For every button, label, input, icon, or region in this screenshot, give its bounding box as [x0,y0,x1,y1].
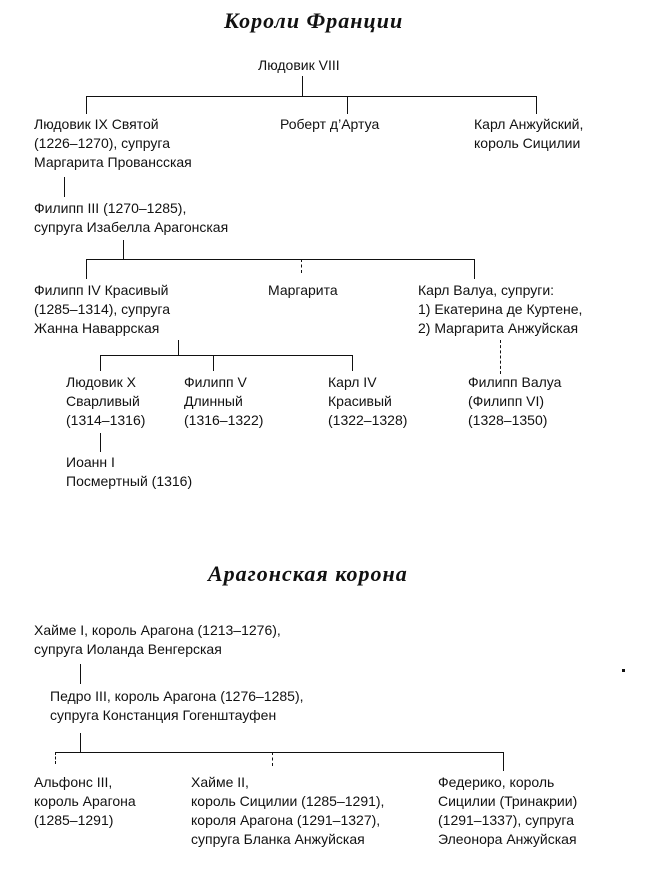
node-line: 2) Маргарита Анжуйская [418,319,582,338]
node-line: (1322–1328) [328,411,407,430]
node-line: (1328–1350) [468,411,561,430]
node-line: Сварливый [66,392,145,411]
node-line: (1314–1316) [66,411,145,430]
node-jaime2: Хайме II,король Сицилии (1285–1291),коро… [191,773,384,849]
node-philip5: Филипп VДлинный(1316–1322) [184,373,263,430]
node-john1: Иоанн IПосмертный (1316) [66,453,192,491]
connector [178,340,179,355]
connector [55,752,56,764]
node-philip3: Филипп III (1270–1285),супруга Изабелла … [34,199,228,237]
connector [474,259,475,279]
connector [272,752,273,766]
connector [100,355,352,356]
node-line: король Сицилии [474,134,583,153]
node-louis8: Людовик VIII [258,56,340,75]
node-line: супруга Бланка Анжуйская [191,830,384,849]
node-line: короля Арагона (1291–1327), [191,811,384,830]
connector [302,76,303,96]
node-line: Карл Анжуйский, [474,115,583,134]
node-charles4: Карл IVКрасивый(1322–1328) [328,373,407,430]
node-line: Посмертный (1316) [66,472,192,491]
connector [86,259,475,260]
node-line: Филипп Валуа [468,373,561,392]
node-charles-valois: Карл Валуа, супруги:1) Екатерина де Курт… [418,281,582,338]
node-line: Педро III, король Арагона (1276–1285), [50,687,304,706]
node-line: Карл IV [328,373,407,392]
node-line: король Арагона [34,792,136,811]
node-line: (1291–1337), супруга [438,811,577,830]
node-philip-valois: Филипп Валуа(Филипп VI)(1328–1350) [468,373,561,430]
node-line: Карл Валуа, супруги: [418,281,582,300]
node-line: Федерико, король [438,773,577,792]
node-line: Филипп IV Красивый [34,281,170,300]
connector [100,433,101,452]
connector [86,96,536,97]
aragon-title: Арагонская корона [208,561,408,587]
france-title: Короли Франции [224,8,403,34]
node-line: супруга Констанция Гогенштауфен [50,706,304,725]
node-line: Жанна Наваррская [34,319,170,338]
connector [64,177,65,197]
node-line: Маргарита Провансская [34,153,192,172]
connector [80,733,81,752]
connector [536,96,537,114]
connector [500,340,501,374]
node-federico: Федерико, корольСицилии (Тринакрии)(1291… [438,773,577,849]
connector [80,664,81,684]
node-line: Иоанн I [66,453,192,472]
node-line: король Сицилии (1285–1291), [191,792,384,811]
print-speck [622,669,625,672]
node-line: (1226–1270), супруга [34,134,192,153]
connector [55,752,503,753]
node-line: (Филипп VI) [468,392,561,411]
node-robert: Роберт д’Артуа [280,115,379,134]
connector [100,355,101,371]
node-line: Элеонора Анжуйская [438,830,577,849]
node-line: супруга Изабелла Арагонская [34,218,228,237]
connector [86,96,87,114]
connector [352,355,353,371]
node-line: Красивый [328,392,407,411]
node-line: супруга Иоланда Венгерская [34,640,281,659]
node-philip4: Филипп IV Красивый(1285–1314), супругаЖа… [34,281,170,338]
node-line: (1285–1314), супруга [34,300,170,319]
connector [123,240,124,259]
node-line: Длинный [184,392,263,411]
connector [503,752,504,771]
node-line: Людовик IX Святой [34,115,192,134]
node-louis9: Людовик IX Святой(1226–1270), супругаМар… [34,115,192,172]
node-line: Филипп V [184,373,263,392]
connector [86,259,87,279]
node-line: Хайме I, король Арагона (1213–1276), [34,621,281,640]
node-line: (1285–1291) [34,811,136,830]
node-line: Людовик VIII [258,56,340,75]
node-margarita: Маргарита [268,281,338,300]
node-line: Хайме II, [191,773,384,792]
node-pedro3: Педро III, король Арагона (1276–1285),су… [50,687,304,725]
node-alfonso3: Альфонс III,король Арагона(1285–1291) [34,773,136,830]
connector [301,259,302,273]
node-line: Альфонс III, [34,773,136,792]
node-line: Людовик X [66,373,145,392]
node-line: Роберт д’Артуа [280,115,379,134]
connector [213,355,214,371]
node-charles-anjou: Карл Анжуйский,король Сицилии [474,115,583,153]
node-line: (1316–1322) [184,411,263,430]
node-line: Филипп III (1270–1285), [34,199,228,218]
connector [347,96,348,114]
node-line: Сицилии (Тринакрии) [438,792,577,811]
node-louis10: Людовик XСварливый(1314–1316) [66,373,145,430]
node-jaime1: Хайме I, король Арагона (1213–1276),супр… [34,621,281,659]
node-line: 1) Екатерина де Куртене, [418,300,582,319]
node-line: Маргарита [268,281,338,300]
